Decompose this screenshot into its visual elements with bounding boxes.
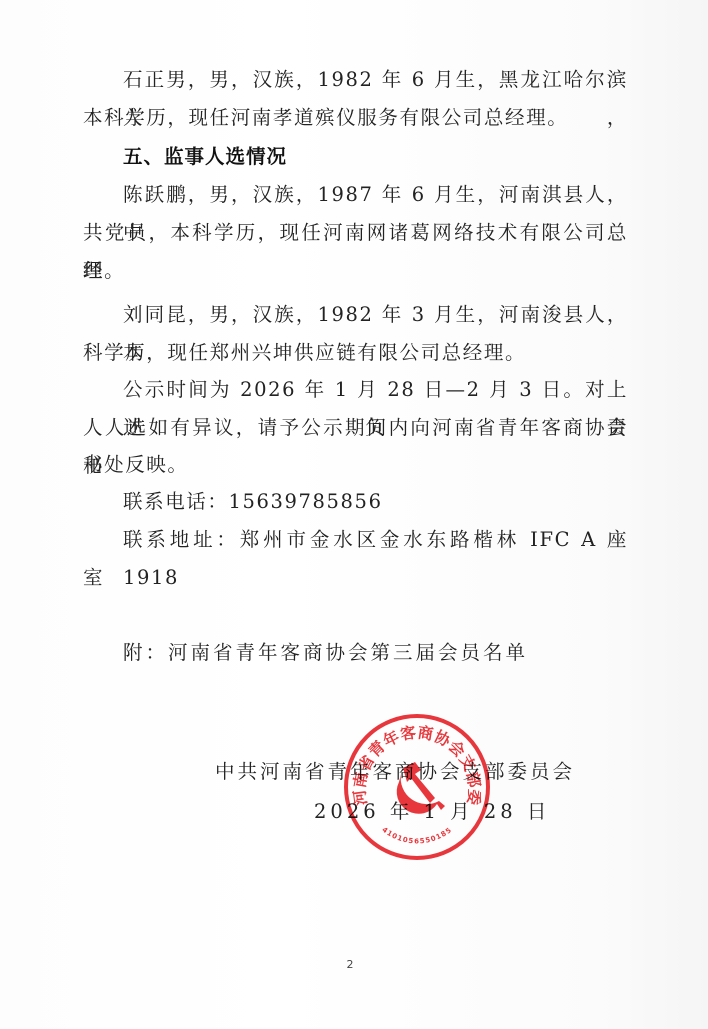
section-heading-supervisors: 五、监事人选情况 bbox=[123, 138, 287, 176]
svg-text:中共河南省青年客商协会支部委员会: 中共河南省青年客商协会支部委员会 bbox=[342, 712, 484, 807]
paragraph-chen-yuepeng-line-3: 理。 bbox=[83, 252, 125, 290]
attachment-note: 附：河南省青年客商协会第三届会员名单 bbox=[123, 634, 528, 672]
paragraph-publicity-line-2: 人人选如有异议，请予公示期间内向河南省青年客商协会秘 bbox=[83, 409, 628, 447]
document-body: 石正男，男，汉族，1982 年 6 月生，黑龙江哈尔滨人， 本科学历，现任河南孝… bbox=[83, 0, 628, 700]
paragraph-shi-zhengnan-line-2: 本科学历，现任河南孝道殡仪服务有限公司总经理。 bbox=[83, 99, 568, 137]
paragraph-publicity-line-3: 书处反映。 bbox=[83, 446, 189, 484]
paragraph-liu-tongkun-line-1: 刘同昆，男，汉族，1982 年 3 月生，河南浚县人，本 bbox=[123, 296, 628, 334]
paragraph-publicity-line-1: 公示时间为 2026 年 1 月 28 日—2 月 3 日。对上述负责 bbox=[123, 371, 628, 409]
svg-text:4101056550185: 4101056550185 bbox=[380, 826, 453, 846]
page-number: 2 bbox=[340, 958, 360, 971]
paragraph-chen-yuepeng-line-1: 陈跃鹏，男，汉族，1987 年 6 月生，河南淇县人，中 bbox=[123, 176, 628, 214]
contact-phone: 联系电话：15639785856 bbox=[123, 483, 383, 521]
document-page: 石正男，男，汉族，1982 年 6 月生，黑龙江哈尔滨人， 本科学历，现任河南孝… bbox=[0, 0, 708, 1029]
contact-address-line-2: 室 bbox=[83, 559, 104, 597]
paragraph-chen-yuepeng-line-2: 共党员，本科学历，现任河南网诸葛网络技术有限公司总经 bbox=[83, 214, 628, 252]
paragraph-liu-tongkun-line-2: 科学历，现任郑州兴坤供应链有限公司总经理。 bbox=[83, 334, 526, 372]
official-seal-icon: 中共河南省青年客商协会支部委员会 4101056550185 bbox=[342, 712, 492, 862]
contact-address-line-1: 联系地址：郑州市金水区金水东路楷林 IFC A 座 1918 bbox=[123, 521, 628, 559]
paragraph-shi-zhengnan-line-1: 石正男，男，汉族，1982 年 6 月生，黑龙江哈尔滨人， bbox=[123, 61, 628, 99]
